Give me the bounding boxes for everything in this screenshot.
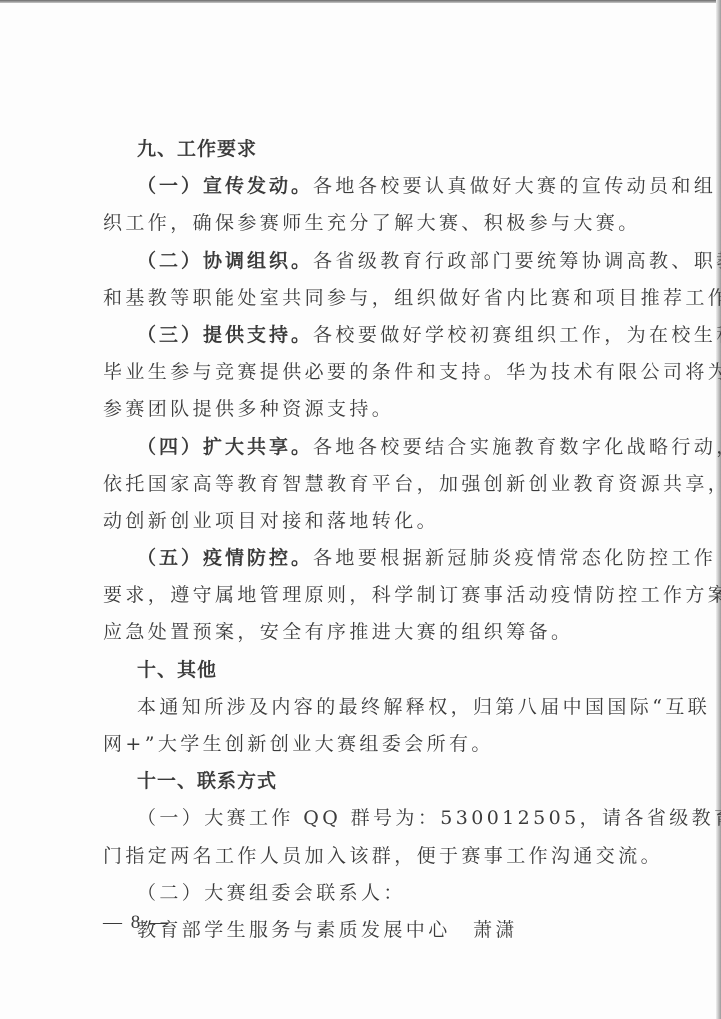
scan-right-edge xyxy=(716,0,721,1019)
paragraph-sharing-line-2: 依托国家高等教育智慧教育平台，加强创新创业教育资源共享，推 xyxy=(103,466,625,503)
paragraph-coordination-line-2: 和基教等职能处室共同参与，组织做好省内比赛和项目推荐工作。 xyxy=(103,280,625,317)
paragraph-lead: （四）扩大共享。 xyxy=(137,436,313,458)
paragraph-interpretation-line-2: 网+”大学生创新创业大赛组委会所有。 xyxy=(103,726,625,763)
paragraph-lead: （三）提供支持。 xyxy=(137,324,313,346)
paragraph-text: 各地各校要认真做好大赛的宣传动员和组 xyxy=(313,175,716,197)
paragraph-lead: （五）疫情防控。 xyxy=(137,547,313,569)
paragraph-publicity-line-2: 织工作，确保参赛师生充分了解大赛、积极参与大赛。 xyxy=(103,205,625,242)
paragraph-sharing-line-3: 动创新创业项目对接和落地转化。 xyxy=(103,503,625,540)
paragraph-lead: （二）协调组织。 xyxy=(137,250,313,272)
page-number: — 8 — xyxy=(103,912,170,934)
paragraph-coordination-line-1: （二）协调组织。各省级教育行政部门要统筹协调高教、职教 xyxy=(103,243,625,280)
paragraph-contact-person: 教育部学生服务与素质发展中心 萧潇 xyxy=(103,912,625,949)
scan-top-edge xyxy=(0,0,721,3)
paragraph-epidemic-line-1: （五）疫情防控。各地要根据新冠肺炎疫情常态化防控工作 xyxy=(103,540,625,577)
document-body: 九、工作要求 （一）宣传发动。各地各校要认真做好大赛的宣传动员和组 织工作，确保… xyxy=(103,131,625,949)
paragraph-support-line-1: （三）提供支持。各校要做好学校初赛组织工作，为在校生和 xyxy=(103,317,625,354)
paragraph-text: 各省级教育行政部门要统筹协调高教、职教 xyxy=(313,250,721,272)
paragraph-text: 各校要做好学校初赛组织工作，为在校生和 xyxy=(313,324,721,346)
section-heading-other: 十、其他 xyxy=(103,652,625,689)
paragraph-sharing-line-1: （四）扩大共享。各地各校要结合实施教育数字化战略行动， xyxy=(103,429,625,466)
paragraph-contact-person-label: （二）大赛组委会联系人： xyxy=(103,875,625,912)
paragraph-text: 各地要根据新冠肺炎疫情常态化防控工作 xyxy=(313,547,716,569)
paragraph-qq-group-line-2: 门指定两名工作人员加入该群，便于赛事工作沟通交流。 xyxy=(103,838,625,875)
section-heading-work-requirements: 九、工作要求 xyxy=(103,131,625,168)
paragraph-interpretation-line-1: 本通知所涉及内容的最终解释权，归第八届中国国际“互联 xyxy=(103,689,625,726)
section-heading-contact: 十一、联系方式 xyxy=(103,763,625,800)
paragraph-epidemic-line-3: 应急处置预案，安全有序推进大赛的组织筹备。 xyxy=(103,614,625,651)
paragraph-lead: （一）宣传发动。 xyxy=(137,175,313,197)
paragraph-epidemic-line-2: 要求，遵守属地管理原则，科学制订赛事活动疫情防控工作方案及 xyxy=(103,577,625,614)
paragraph-publicity-line-1: （一）宣传发动。各地各校要认真做好大赛的宣传动员和组 xyxy=(103,168,625,205)
paragraph-qq-group-line-1: （一）大赛工作 QQ 群号为：530012505，请各省级教育行政部 xyxy=(103,800,625,837)
document-page: 九、工作要求 （一）宣传发动。各地各校要认真做好大赛的宣传动员和组 织工作，确保… xyxy=(0,0,721,1019)
paragraph-text: 各地各校要结合实施教育数字化战略行动， xyxy=(313,436,721,458)
paragraph-support-line-2: 毕业生参与竞赛提供必要的条件和支持。华为技术有限公司将为 xyxy=(103,354,625,391)
paragraph-support-line-3: 参赛团队提供多种资源支持。 xyxy=(103,391,625,428)
